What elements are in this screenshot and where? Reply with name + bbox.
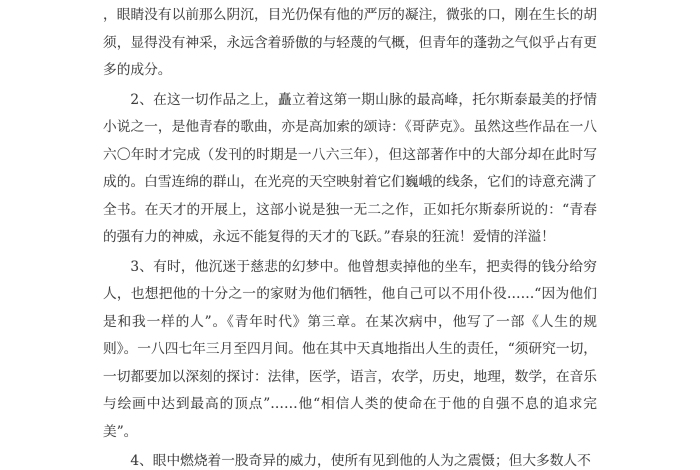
book-page: ，眼睛没有以前那么阴沉，目光仍保有他的严厉的凝注，微张的口，刚在生长的胡须，显得… — [103, 2, 597, 470]
paragraph-4: 4、眼中燃烧着一股奇异的威力，使所有见到他的人为之震慑；但大多数人不 — [103, 448, 597, 470]
paragraph-2: 2、在这一切作品之上，矗立着这第一期山脉的最高峰，托尔斯泰最美的抒情小说之一，是… — [103, 87, 597, 252]
paragraph-continuation: ，眼睛没有以前那么阴沉，目光仍保有他的严厉的凝注，微张的口，刚在生长的胡须，显得… — [103, 2, 597, 85]
paragraph-3: 3、有时，他沉迷于慈悲的幻梦中。他曾想卖掉他的坐车，把卖得的钱分给穷人，也想把他… — [103, 254, 597, 447]
